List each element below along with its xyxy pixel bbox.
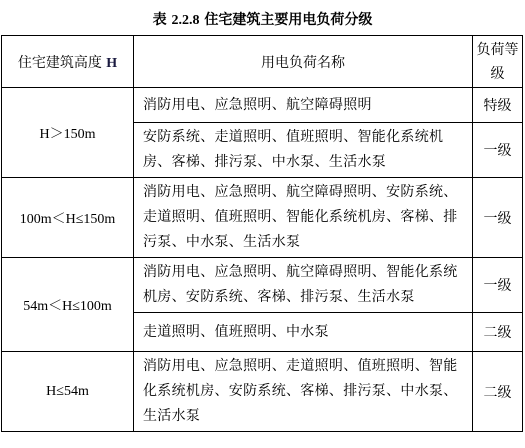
load-level-cell: 二级	[473, 352, 523, 432]
height-cell: H≤54m	[2, 352, 134, 432]
height-cell: H＞150m	[2, 88, 134, 178]
table-row: 54m＜H≤100m 消防用电、应急照明、航空障碍照明、智能化系统机房、安防系统…	[2, 258, 523, 313]
load-level-cell: 二级	[473, 313, 523, 352]
table-row: 100m＜H≤150m 消防用电、应急照明、航空障碍照明、安防系统、走道照明、值…	[2, 178, 523, 258]
load-classification-table: 住宅建筑高度 H 用电负荷名称 负荷等级 H＞150m 消防用电、应急照明、航空…	[1, 35, 523, 432]
table-row: H≤54m 消防用电、应急照明、走道照明、值班照明、智能化系统机房、安防系统、客…	[2, 352, 523, 432]
header-height-symbol: H	[106, 56, 117, 71]
header-load-name: 用电负荷名称	[134, 36, 473, 88]
load-level-cell: 一级	[473, 123, 523, 178]
load-names-cell: 走道照明、值班照明、中水泵	[134, 313, 473, 352]
caption-text: 住宅建筑主要用电负荷分级	[200, 12, 373, 28]
height-cell: 100m＜H≤150m	[2, 178, 134, 258]
caption-prefix: 表	[153, 12, 172, 28]
header-height-label: 住宅建筑高度	[18, 55, 106, 71]
load-names-cell: 安防系统、走道照明、值班照明、智能化系统机房、客梯、排污泵、中水泵、生活水泵	[134, 123, 473, 178]
load-level-cell: 一级	[473, 258, 523, 313]
caption-number: 2.2.8	[172, 13, 200, 28]
table-row: H＞150m 消防用电、应急照明、航空障碍照明 特级	[2, 88, 523, 123]
header-row: 住宅建筑高度 H 用电负荷名称 负荷等级	[2, 36, 523, 88]
load-level-cell: 一级	[473, 178, 523, 258]
height-cell: 54m＜H≤100m	[2, 258, 134, 352]
header-load-level: 负荷等级	[473, 36, 523, 88]
load-names-cell: 消防用电、应急照明、航空障碍照明、安防系统、走道照明、值班照明、智能化系统机房、…	[134, 178, 473, 258]
load-names-cell: 消防用电、应急照明、航空障碍照明	[134, 88, 473, 123]
load-names-cell: 消防用电、应急照明、航空障碍照明、智能化系统机房、安防系统、客梯、排污泵、生活水…	[134, 258, 473, 313]
table-caption: 表 2.2.8 住宅建筑主要用电负荷分级	[0, 9, 525, 29]
load-names-cell: 消防用电、应急照明、走道照明、值班照明、智能化系统机房、安防系统、客梯、排污泵、…	[134, 352, 473, 432]
header-building-height: 住宅建筑高度 H	[2, 36, 134, 88]
load-level-cell: 特级	[473, 88, 523, 123]
